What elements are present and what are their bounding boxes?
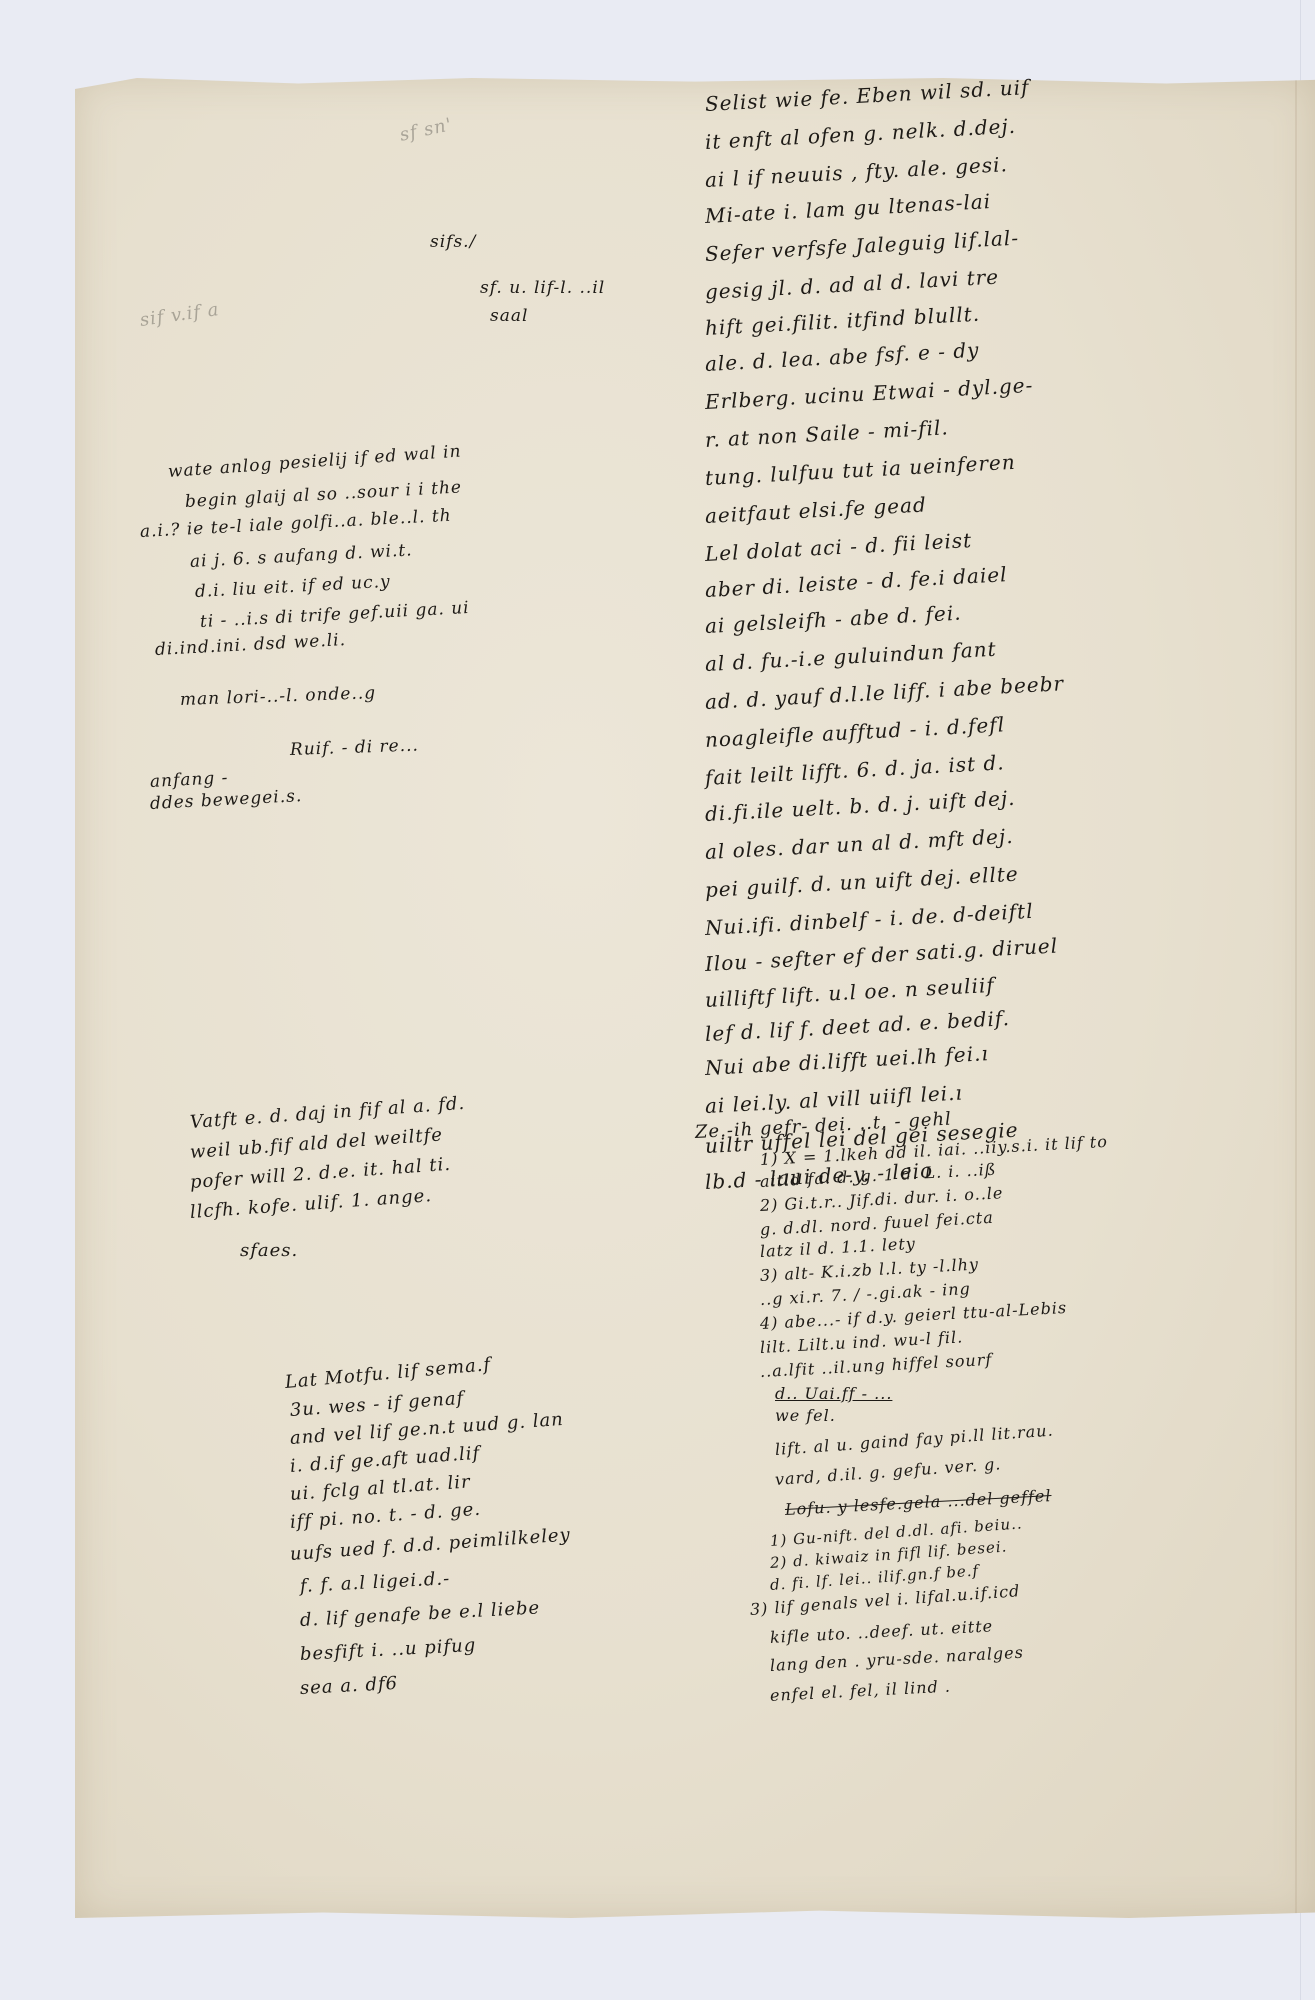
- list-item: d.. Uai.ff - ...: [775, 1384, 892, 1403]
- list-item: we fel.: [775, 1406, 836, 1425]
- note-line: sfaes.: [240, 1240, 298, 1261]
- note-line: anfang -: [149, 768, 228, 792]
- note-line: sifs./: [430, 232, 476, 252]
- note-line: sf. u. lif-l. ..il: [480, 278, 605, 298]
- note-line: saal: [490, 306, 528, 326]
- paper-fold: [1295, 78, 1297, 1918]
- manuscript-page: [75, 78, 1315, 1918]
